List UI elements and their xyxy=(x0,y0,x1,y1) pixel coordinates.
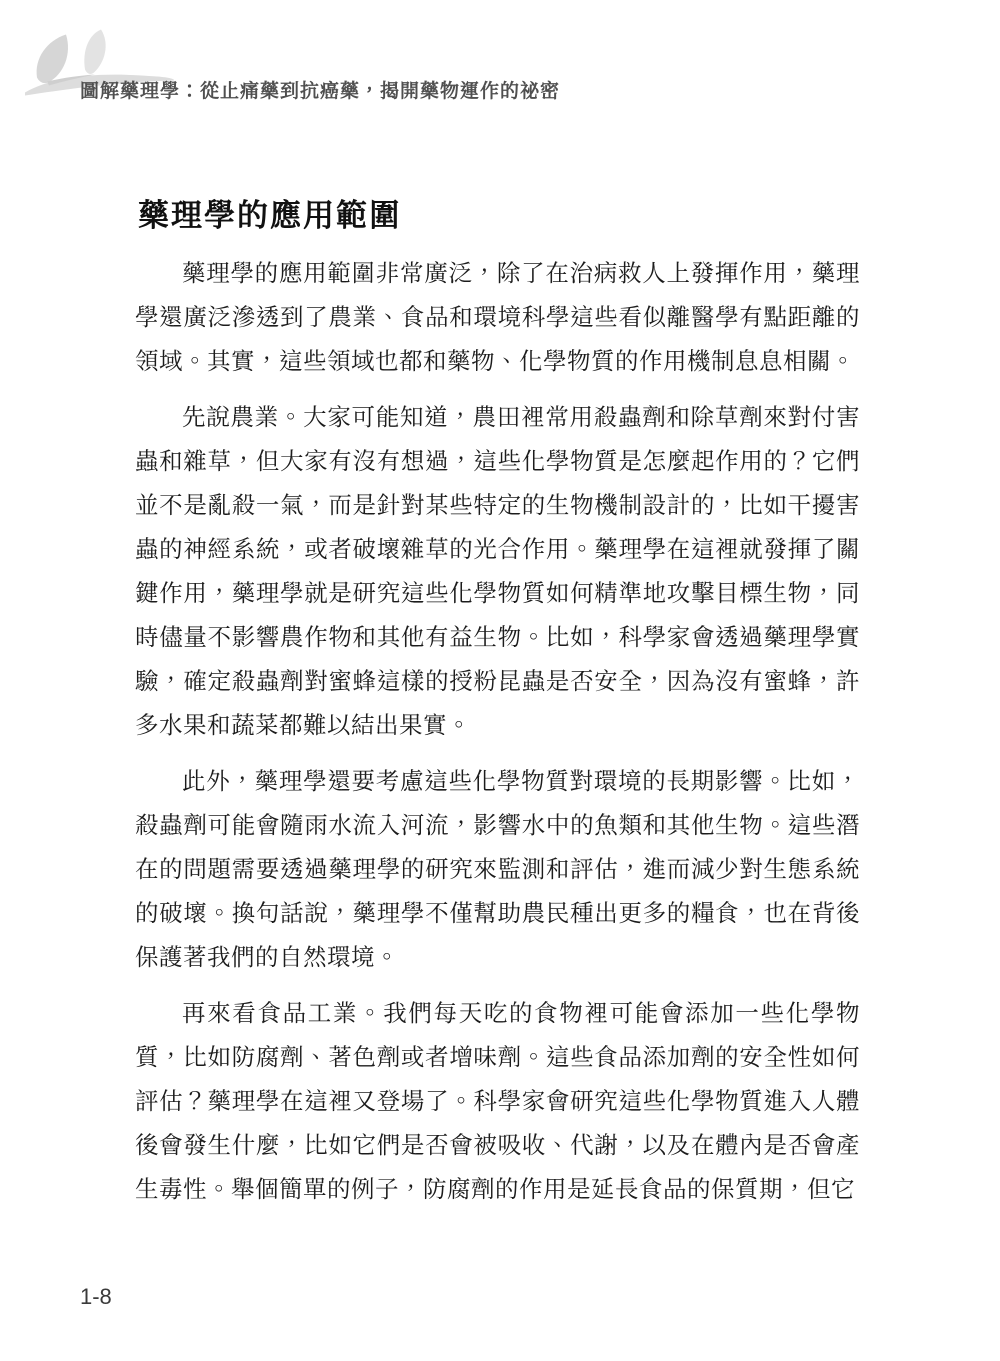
book-page: 圖解藥理學：從止痛藥到抗癌藥，揭開藥物運作的祕密 藥理學的應用範圍 藥理學的應用… xyxy=(0,0,1000,1361)
paragraph: 此外，藥理學還要考慮這些化學物質對環境的長期影響。比如，殺蟲劑可能會隨雨水流入河… xyxy=(135,760,860,980)
section-title: 藥理學的應用範圍 xyxy=(138,190,402,235)
page-number: 1-8 xyxy=(80,1284,112,1310)
paragraph: 再來看食品工業。我們每天吃的食物裡可能會添加一些化學物質，比如防腐劑、著色劑或者… xyxy=(135,992,860,1212)
paragraph: 先說農業。大家可能知道，農田裡常用殺蟲劑和除草劑來對付害蟲和雜草，但大家有沒有想… xyxy=(135,396,860,748)
paragraph: 藥理學的應用範圍非常廣泛，除了在治病救人上發揮作用，藥理學還廣泛滲透到了農業、食… xyxy=(135,252,860,384)
body-text: 藥理學的應用範圍非常廣泛，除了在治病救人上發揮作用，藥理學還廣泛滲透到了農業、食… xyxy=(135,252,860,1224)
book-title-header: 圖解藥理學：從止痛藥到抗癌藥，揭開藥物運作的祕密 xyxy=(80,76,560,103)
